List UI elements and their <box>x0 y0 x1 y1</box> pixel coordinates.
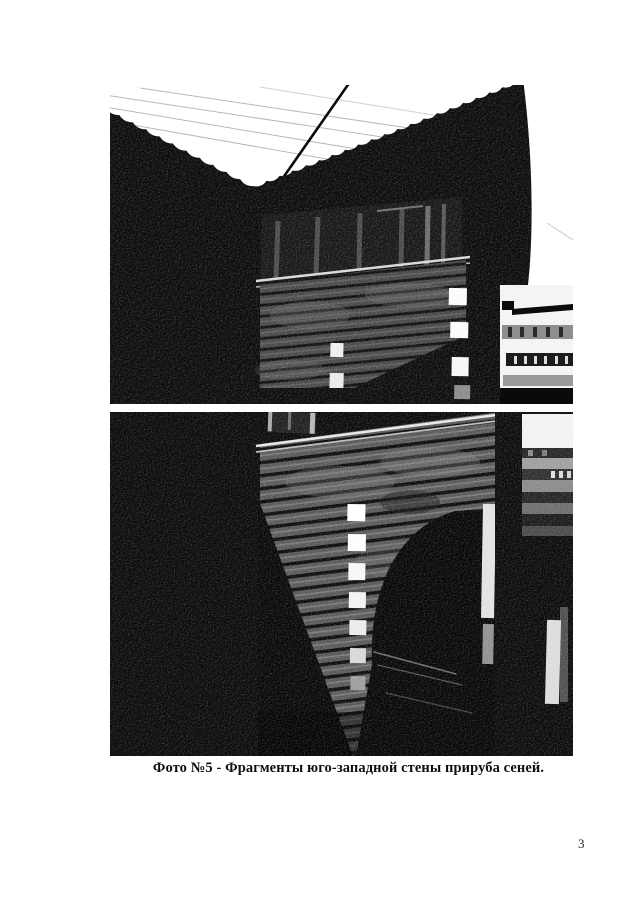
page-number: 3 <box>578 836 585 852</box>
photo-upper <box>110 85 573 404</box>
photo-caption: Фото №5 - Фрагменты юго-западной стены п… <box>110 760 573 777</box>
background-building <box>500 285 573 404</box>
photo-lower <box>110 412 573 756</box>
grain-overlay <box>110 412 573 756</box>
document-page: Фото №5 - Фрагменты юго-западной стены п… <box>0 0 639 905</box>
